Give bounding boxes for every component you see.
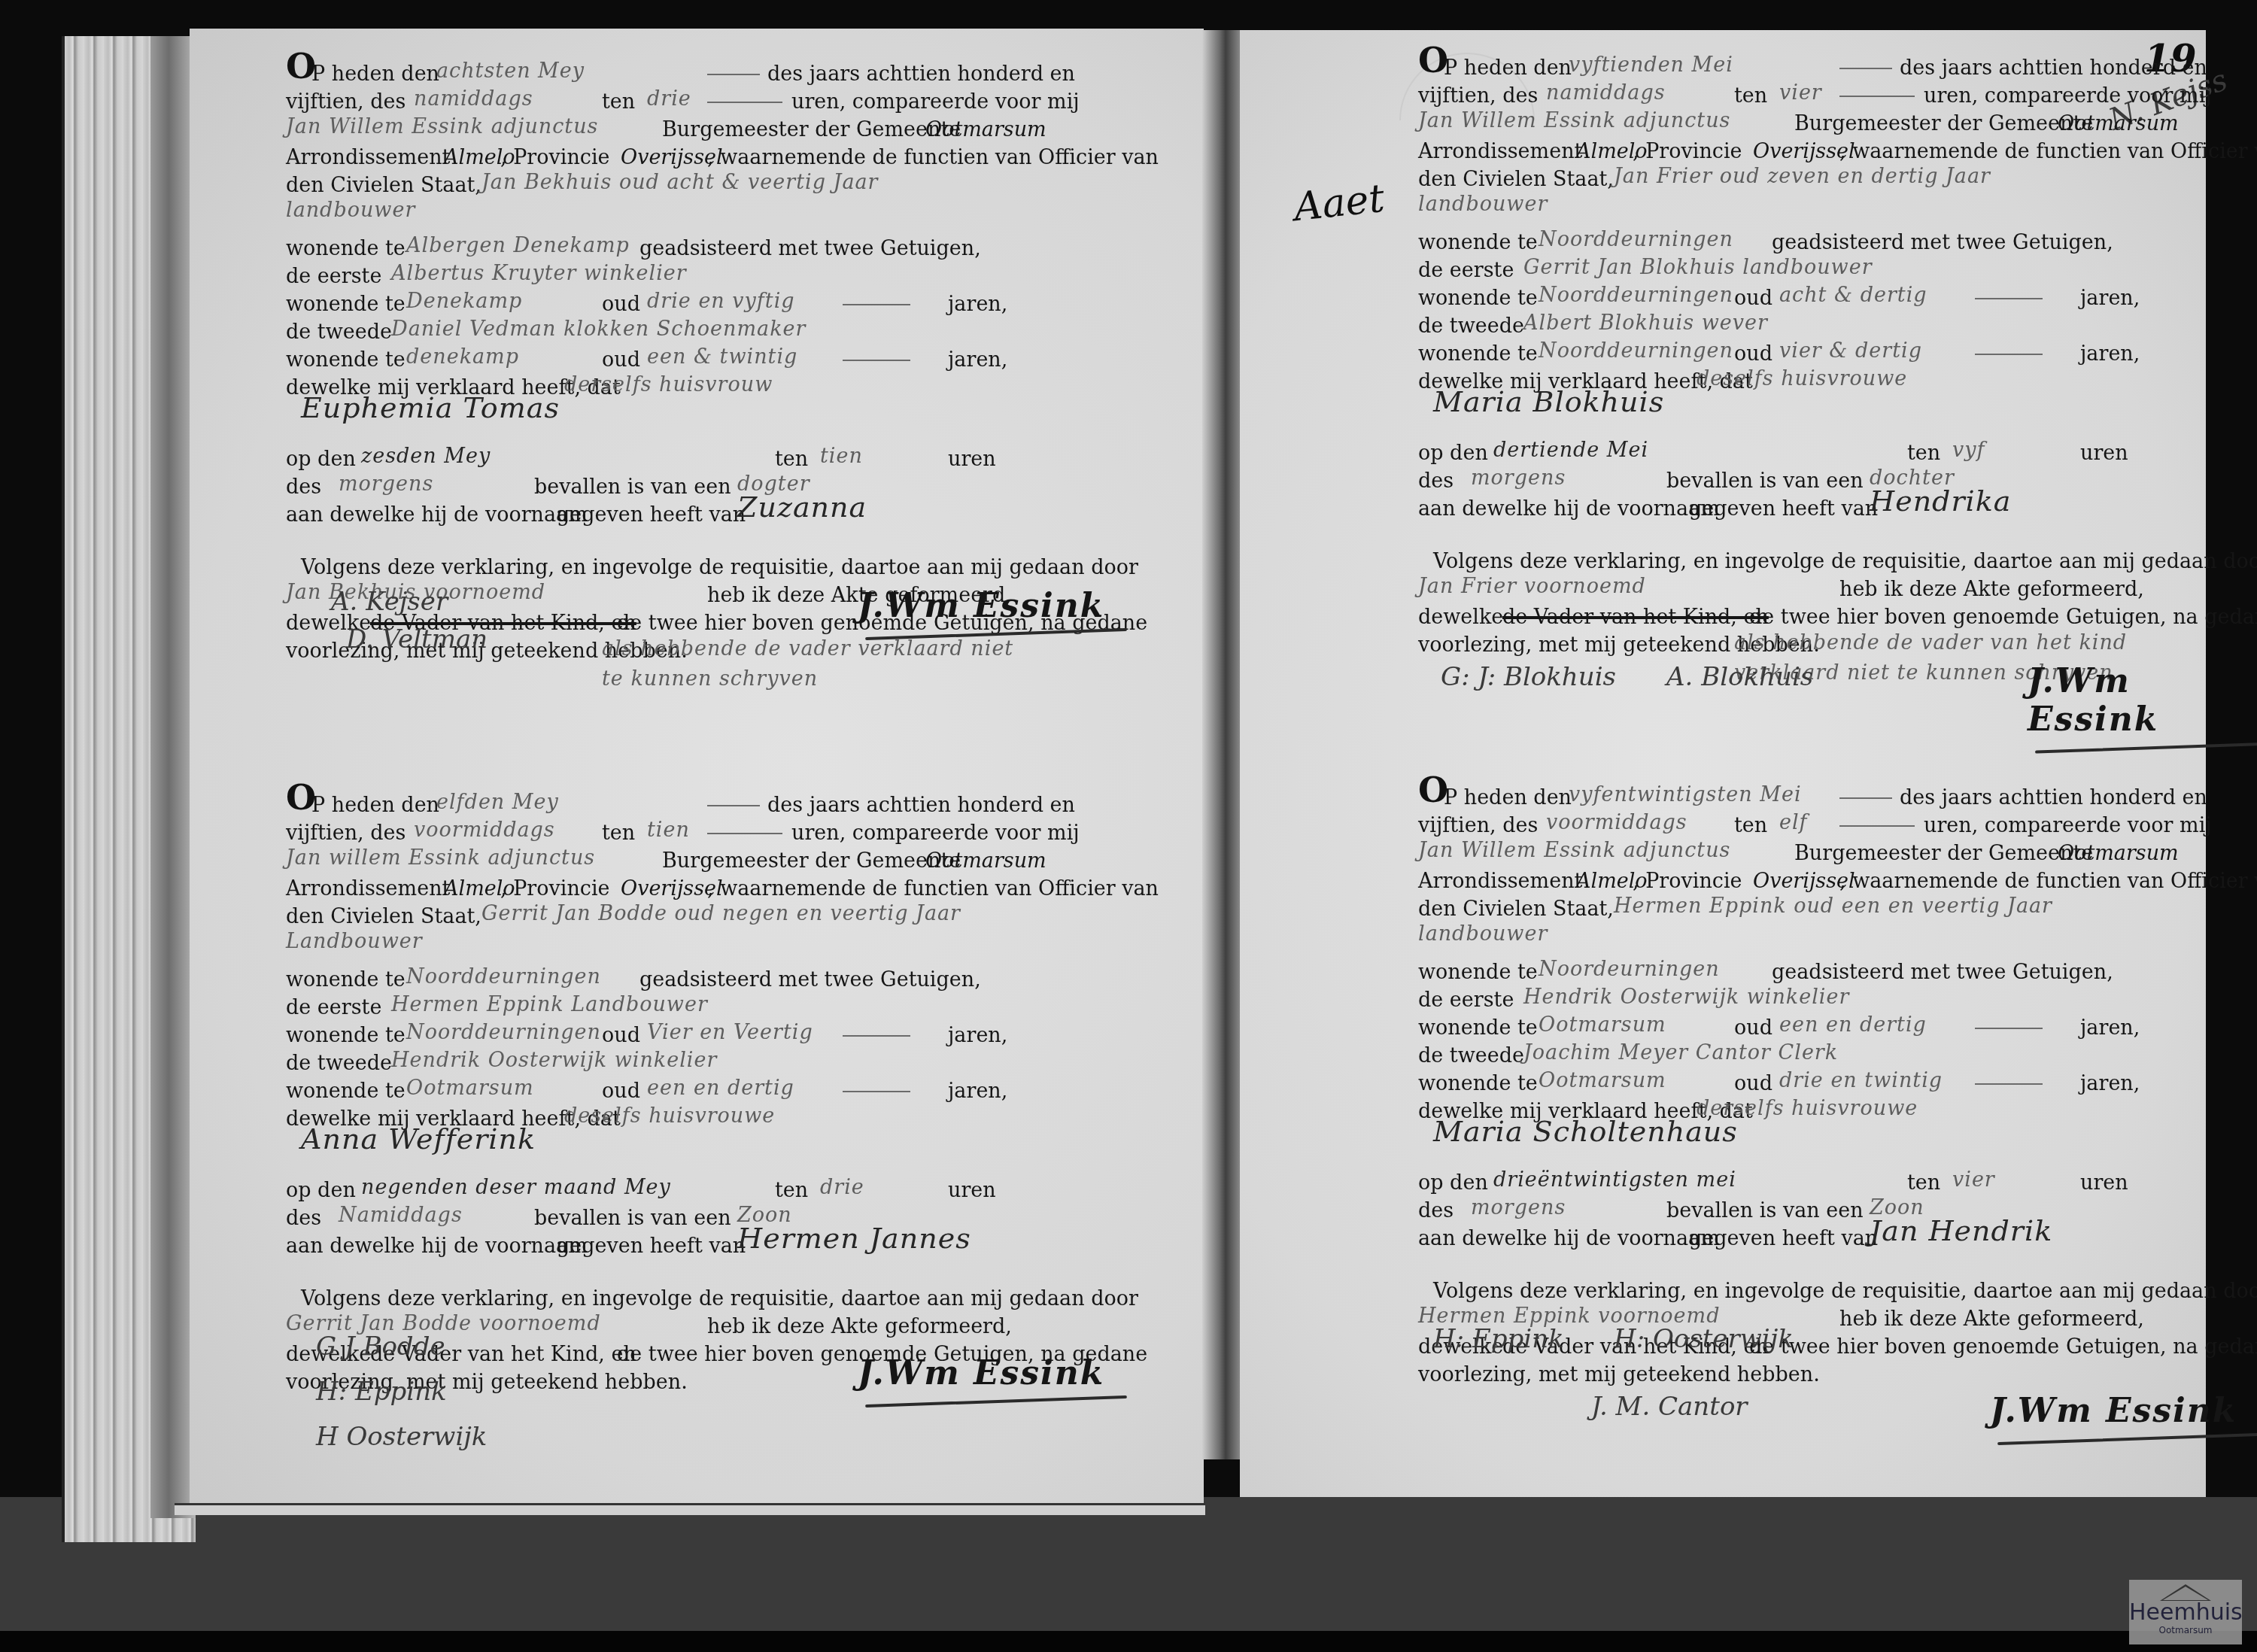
declarant-occupation: landbouwer	[286, 196, 415, 224]
birth-date: negenden deser maand Mey	[361, 1174, 671, 1201]
mother-relation: deselfs huisvrouwe	[564, 1102, 775, 1130]
part-of-day: voormiddags	[1546, 809, 1687, 837]
witness-signature: H: Eppink	[316, 1377, 447, 1407]
birth-record-2: O P heden den elfden Mey des jaars achtt…	[286, 791, 1038, 1396]
mayor-signature: J.Wm Essink	[858, 1354, 1104, 1392]
record-date: achtsten Mey	[436, 57, 585, 85]
witness2-residence: Ootmarsum	[1539, 1067, 1666, 1095]
mayor-signature: J.Wm Essink	[858, 587, 1104, 625]
record-date: elfden Mey	[436, 788, 559, 816]
margin-note: Aaet	[1292, 176, 1387, 230]
book-gutter	[1202, 30, 1241, 1459]
birth-part-of-day: morgens	[339, 470, 433, 498]
witness1-age: acht & dertig	[1779, 281, 1927, 309]
table-surface	[0, 1497, 2257, 1652]
birth-hour: tien	[820, 442, 863, 470]
witness-signature: A. Kejser	[331, 587, 448, 617]
birth-date: dertiende Mei	[1493, 436, 1648, 464]
part-of-day: namiddags	[414, 85, 533, 113]
vader-clause: de Vader van het Kind, en	[1502, 603, 1769, 631]
official-name: Jan willem Essink adjunctus	[286, 844, 595, 872]
witness2-residence: Noorddeurningen	[1539, 337, 1733, 365]
witness1-name: Albertus Kruyter winkelier	[391, 260, 687, 287]
part-of-day: namiddags	[1546, 79, 1666, 107]
witness2-residence: denekamp	[406, 343, 519, 371]
record-date: vyftienden Mei	[1569, 51, 1733, 79]
witness2-age: drie en twintig	[1779, 1067, 1943, 1095]
page-bottom-edge	[175, 1503, 1205, 1515]
official-name: Jan Willem Essink adjunctus	[1418, 107, 1730, 135]
declarant: Jan Frier oud zeven en dertig Jaar	[1614, 162, 1991, 190]
witness2-age: een en dertig	[647, 1074, 794, 1102]
birth-part-of-day: morgens	[1471, 1194, 1566, 1222]
child-name: Hermen Jannes	[737, 1225, 971, 1253]
book-page-stack	[150, 36, 196, 1518]
child-name: Zuzanna	[737, 493, 867, 521]
house-roof-icon	[2160, 1584, 2211, 1601]
heemhuis-watermark: Heemhuis Ootmarsum	[2129, 1580, 2242, 1644]
witness1-name: Gerrit Jan Blokhuis landbouwer	[1523, 254, 1873, 281]
mother-relation: deselfs huisvrouwe	[1697, 365, 1907, 393]
birth-date: drieëntwintigsten mei	[1493, 1166, 1736, 1194]
mother-name: Euphemia Tomas	[301, 394, 560, 422]
official-name: Jan Willem Essink adjunctus	[286, 113, 598, 141]
witness1-residence: Noorddeurningen	[406, 1019, 601, 1046]
mother-name: Maria Scholtenhaus	[1433, 1118, 1738, 1146]
witness2-age: een & twintig	[647, 343, 797, 371]
witness1-name: Hendrik Oosterwijk winkelier	[1523, 983, 1849, 1011]
witness2-name: Albert Blokhuis wever	[1523, 309, 1768, 337]
birth-record-3: O P heden den vyftienden Mei des jaars a…	[1418, 54, 2170, 659]
requisitioner: Jan Frier voornoemd	[1418, 572, 1646, 600]
birth-hour: drie	[820, 1174, 864, 1201]
witness-signature: H: Oosterwijk	[1614, 1324, 1794, 1354]
watermark-title: Heemhuis	[2129, 1601, 2242, 1625]
child-name: Jan Hendrik	[1870, 1217, 2052, 1245]
record-hour: vier	[1779, 79, 1822, 107]
declarant-residence: Noorddeurningen	[406, 963, 601, 991]
witness-signature: A. Blokhuis	[1666, 662, 1813, 692]
birth-hour: vier	[1952, 1166, 1995, 1194]
witness-signature: G J Bodde	[316, 1332, 445, 1362]
witness1-residence: Ootmarsum	[1539, 1011, 1666, 1039]
declarant: Hermen Eppink oud een en veertig Jaar	[1614, 892, 2052, 920]
official-name: Jan Willem Essink adjunctus	[1418, 837, 1730, 864]
witness1-age: Vier en Veertig	[647, 1019, 813, 1046]
mother-relation: derselfs huisvrouw	[564, 371, 773, 399]
birth-part-of-day: morgens	[1471, 464, 1566, 492]
birth-date: zesden Mey	[361, 442, 491, 470]
child-name: Hendrika	[1870, 487, 2011, 515]
declarant-occupation: Landbouwer	[286, 928, 423, 955]
declarant: Gerrit Jan Bodde oud negen en veertig Ja…	[481, 900, 961, 928]
witness2-residence: Ootmarsum	[406, 1074, 534, 1102]
declarant-residence: Albergen Denekamp	[406, 232, 630, 260]
witness-signature: H: Eppink	[1433, 1324, 1564, 1354]
declarant-residence: Noordeurningen	[1539, 955, 1720, 983]
witness2-name: Joachim Meyer Cantor Clerk	[1523, 1039, 1838, 1067]
witness1-name: Hermen Eppink Landbouwer	[391, 991, 708, 1019]
witness1-age: drie en vyftig	[647, 287, 795, 315]
record-hour: elf	[1779, 809, 1808, 837]
part-of-day: voormiddags	[414, 816, 555, 844]
birth-hour: vyf	[1952, 436, 1985, 464]
birth-record-4: O P heden den vyfentwintigsten Mei des j…	[1418, 784, 2170, 1389]
declarant-occupation: landbouwer	[1418, 920, 1548, 948]
record-hour: tien	[647, 816, 690, 844]
witness2-age: vier & dertig	[1779, 337, 1922, 365]
witness2-name: Hendrik Oosterwijk winkelier	[391, 1046, 717, 1074]
witness-signature: H Oosterwijk	[316, 1422, 487, 1452]
record-hour: drie	[647, 85, 691, 113]
record-date: vyfentwintigsten Mei	[1569, 781, 1802, 809]
mayor-signature: J.Wm Essink	[1990, 1392, 2237, 1430]
birth-record-1: O P heden den achtsten Mey des jaars ach…	[286, 60, 1038, 665]
witness2-name: Daniel Vedman klokken Schoenmaker	[391, 315, 806, 343]
witness1-residence: Noorddeurningen	[1539, 281, 1733, 309]
annotation: als hebbende de vader verklaard niet te …	[602, 634, 1023, 694]
witness1-age: een en dertig	[1779, 1011, 1927, 1039]
declarant: Jan Bekhuis oud acht & veertig Jaar	[481, 169, 879, 196]
declarant-residence: Noorddeurningen	[1539, 226, 1733, 254]
mayor-signature: J.Wm Essink	[2028, 662, 2257, 739]
mother-name: Anna Wefferink	[301, 1125, 536, 1153]
witness-signature: J. M. Cantor	[1591, 1392, 1748, 1422]
witness1-residence: Denekamp	[406, 287, 522, 315]
witness-signature: D. Veltman	[346, 624, 488, 654]
witness-signature: G: J: Blokhuis	[1441, 662, 1616, 692]
watermark-subtitle: Ootmarsum	[2129, 1625, 2242, 1635]
birth-part-of-day: Namiddags	[339, 1201, 463, 1229]
mother-name: Maria Blokhuis	[1433, 388, 1664, 416]
declarant-occupation: landbouwer	[1418, 190, 1548, 218]
